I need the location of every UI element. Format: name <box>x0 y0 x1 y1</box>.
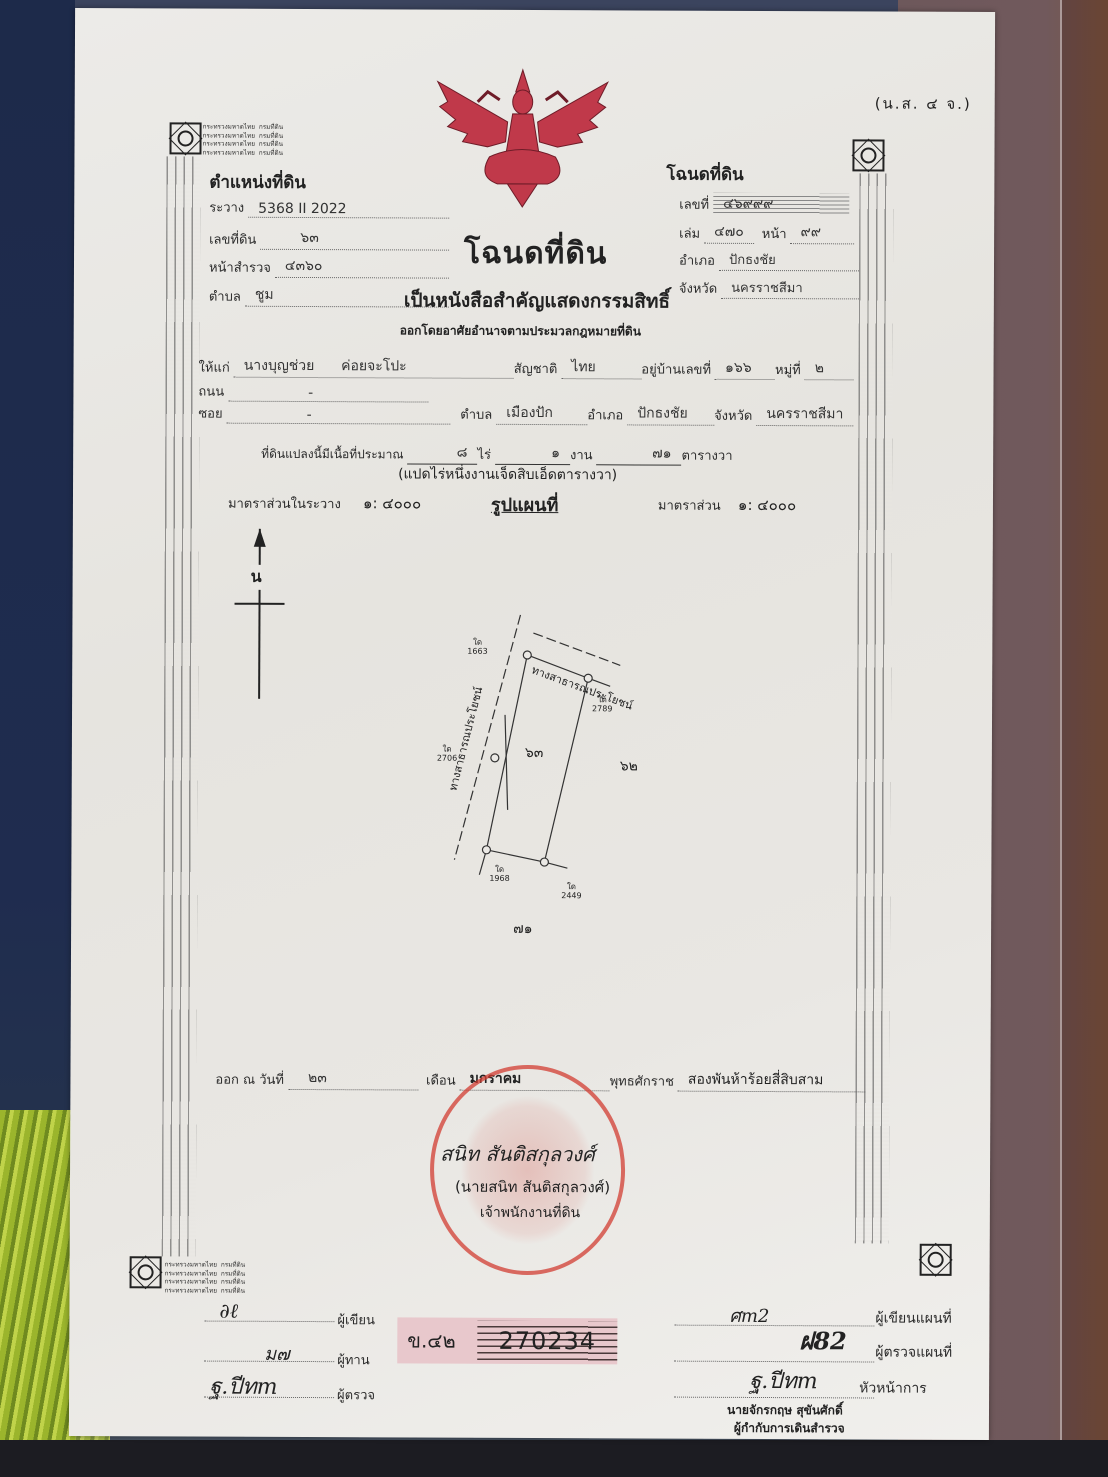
chief-signature: ฐ.ปีทm <box>749 1363 818 1398</box>
owner-line: ให้แก่ นางบุญช่วย ค่อยจะโปะ สัญชาติ ไทย … <box>199 355 854 381</box>
inspector-signature: ฐ.ปีทm <box>209 1369 278 1404</box>
security-border-top: กระทรวงมหาดไทย กรมที่ดินกระทรวงมหาดไทย ก… <box>202 123 852 160</box>
form-code: (น.ส. ๔ จ.) <box>875 91 972 115</box>
neighbor-south: ๗๑ <box>513 918 533 940</box>
area-rai: ๘ <box>407 441 477 464</box>
house-number: ๑๖๖ <box>715 357 775 380</box>
district-value: ปักธงชัย <box>719 249 859 272</box>
tambon-value: เมืองปัก <box>496 402 587 425</box>
chief-label: หัวหน้าการ <box>859 1377 927 1399</box>
field-book-page: เล่ม ๔๗๐ หน้า ๙๙ <box>679 221 854 245</box>
marker-label-1663: ใด1663 <box>467 638 487 656</box>
field-survey-page: หน้าสำรวจ ๔๓๖๐ <box>209 255 449 279</box>
page-number: ๙๙ <box>791 221 855 244</box>
marker-label-1968: ใด1968 <box>489 865 509 883</box>
neighbor-east: ๖๒ <box>620 755 638 777</box>
document-title: โฉนดที่ดิน <box>464 230 608 278</box>
inspector-label: ผู้ตรวจ <box>337 1384 375 1405</box>
nationality: ไทย <box>561 356 641 379</box>
serial-prefix: ข.๔๒ <box>407 1324 477 1356</box>
field-label: หน้าสำรวจ <box>209 257 271 278</box>
book-number: ๔๗๐ <box>704 221 754 244</box>
parcel-number: ๖๓ <box>525 742 544 764</box>
field-value: ๖๓ <box>260 227 449 251</box>
serial-number-box: ข.๔๒ 270234 <box>397 1317 617 1364</box>
map-writer-label: ผู้เขียนแผนที่ <box>875 1308 951 1330</box>
marker-label-2449: ใด2449 <box>561 882 581 900</box>
field-district: อำเภอ ปักธงชัย <box>679 249 859 272</box>
deed-header-title: โฉนดที่ดิน <box>666 161 743 188</box>
issue-year: สองพันห้าร้อยสี่สิบสาม <box>678 1069 866 1093</box>
map-scale-value: ๑: ๔๐๐๐ <box>738 493 796 517</box>
chief-line <box>674 1397 874 1399</box>
map-checker-signature: ฝ82 <box>799 1321 847 1360</box>
field-value: 5368 II 2022 <box>248 201 449 219</box>
province-value: นครราชสีมา <box>721 277 859 300</box>
field-map-sheet: ระวาง 5368 II 2022 <box>209 197 449 219</box>
copier-label: ผู้ทาน <box>337 1349 369 1370</box>
official-title: เจ้าพนักงานที่ดิน <box>480 1202 580 1224</box>
land-title-deed: (น.ส. ๔ จ.) กระทรวงมหาดไทย กรมที่ดินกระท… <box>69 8 995 1440</box>
document-authority: ออกโดยอาศัยอำนาจตามประมวลกฎหมายที่ดิน <box>400 321 641 341</box>
corner-ornament-icon <box>130 1256 162 1288</box>
serial-number: 270234 <box>477 1321 617 1362</box>
amphoe-value: ปักธงชัย <box>627 402 714 425</box>
field-label: ตำบล <box>209 286 241 307</box>
north-label: น <box>251 565 262 590</box>
field-value: ๔๓๖๐ <box>275 255 449 279</box>
field-parcel-no: เลขที่ดิน ๖๓ <box>209 227 449 251</box>
road-line: ถนน - <box>198 381 428 403</box>
map-title: รูปแผนที่ <box>491 490 559 519</box>
land-location-title: ตำแหน่งที่ดิน <box>209 169 306 196</box>
province-value: นครราชสีมา <box>756 403 853 426</box>
moo-number: ๒ <box>805 357 854 380</box>
chief-position: ผู้กำกับการเดินสำรวจ <box>734 1419 845 1438</box>
area-ngan: ๑ <box>495 442 570 465</box>
north-arrow-icon <box>232 529 293 709</box>
sheet-scale-label: มาตราส่วนในระวาง <box>228 493 341 514</box>
document-subtitle: เป็นหนังสือสำคัญแสดงกรรมสิทธิ์ <box>404 285 670 316</box>
field-deed-number: เลขที่ ๔๖๙๙๙ <box>679 193 849 216</box>
issue-day: ๒๓ <box>288 1067 418 1091</box>
copier-signature: ม๗ <box>264 1339 290 1368</box>
security-border-left <box>162 156 201 1256</box>
sheet-scale-value: ๑: ๔๐๐๐ <box>363 491 421 515</box>
field-label: ระวาง <box>209 197 244 218</box>
corner-ornament-icon <box>920 1244 952 1276</box>
chief-name: นายจักรกฤษ สุขันศักดิ์ <box>727 1401 843 1421</box>
area-line: ที่ดินแปลงนี้มีเนื้อที่ประมาณ ๘ ไร่ ๑ งา… <box>261 441 791 466</box>
map-checker-label: ผู้ตรวจแผนที่ <box>875 1342 952 1364</box>
soi-value: - <box>227 407 451 425</box>
area-wa: ๗๑ <box>597 442 682 465</box>
corner-ornament-icon <box>169 122 201 154</box>
field-label: เลขที่ดิน <box>209 229 256 250</box>
writer-label: ผู้เขียน <box>337 1309 375 1330</box>
owner-name: นางบุญช่วย ค่อยจะโปะ <box>234 355 514 379</box>
address-line: ซอย - ตำบล เมืองปัก อำเภอ ปักธงชัย จังหว… <box>198 401 853 427</box>
map-scale-label: มาตราส่วน <box>658 495 721 516</box>
area-in-words: (แปดไร่หนึ่งงานเจ็ดสิบเอ็ดตารางวา) <box>398 463 617 486</box>
corner-ornament-icon <box>852 139 884 171</box>
deed-number: ๔๖๙๙๙ <box>713 193 849 216</box>
background-bottom <box>0 1440 1108 1477</box>
official-signature: สนิท สันติสกุลวงศ์ <box>440 1138 595 1171</box>
field-province: จังหวัด นครราชสีมา <box>679 277 859 300</box>
official-name: (นายสนิท สันติสกุลวงศ์) <box>455 1175 610 1200</box>
